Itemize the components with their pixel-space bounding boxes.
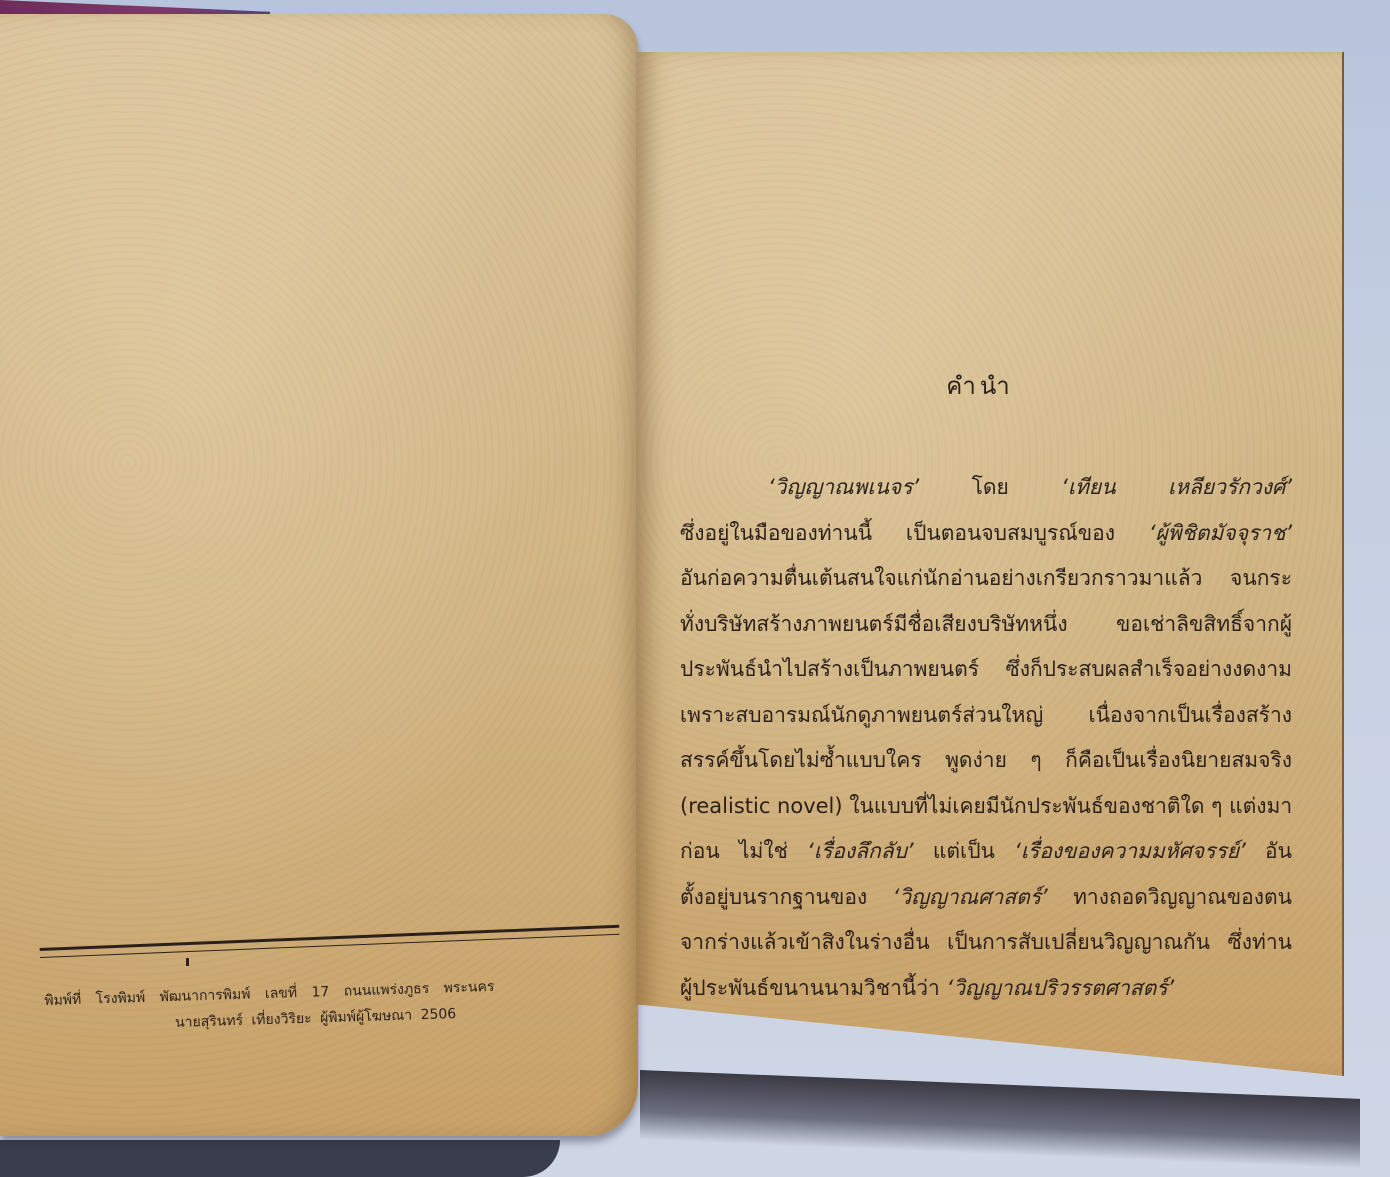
quoted-title: ‘วิญญาณศาสตร์’ xyxy=(893,885,1048,909)
left-page xyxy=(0,14,638,1136)
text-run: ผู้ประพันธ์ขนานนามวิชานี้ว่า xyxy=(680,976,947,1000)
text-line: ทั่งบริษัทสร้างภาพยนตร์มีชื่อเสียงบริษัท… xyxy=(680,602,1292,648)
quoted-title: ‘เรื่องลึกลับ’ xyxy=(807,839,913,863)
page-shadow xyxy=(640,1070,1360,1169)
text-line: (realistic novel) ในแบบที่ไม่เคยมีนักประ… xyxy=(680,784,1292,830)
text-run: ทั่งบริษัทสร้างภาพยนตร์มีชื่อเสียงบริษัท… xyxy=(680,612,1292,636)
foreword-body: ‘วิญญาณพเนจร’ โดย ‘เทียน เหลียวรักวงศ์’ซ… xyxy=(680,465,1292,1011)
quoted-title: ‘วิญญาณพเนจร’ xyxy=(768,475,919,499)
text-line: อันก่อความตื่นเต้นสนใจแก่นักอ่านอย่างเกร… xyxy=(680,556,1292,602)
text-line: ตั้งอยู่บนรากฐานของ ‘วิญญาณศาสตร์’ ทางถอ… xyxy=(680,875,1292,921)
quoted-title: ‘ผู้พิชิตมัจจุราช’ xyxy=(1149,521,1292,545)
text-run: โดย xyxy=(919,475,1061,499)
text-run: ตั้งอยู่บนรากฐานของ xyxy=(680,885,893,909)
text-line: ประพันธ์นำไปสร้างเป็นภาพยนตร์ ซึ่งก็ประส… xyxy=(680,647,1292,693)
text-run: ประพันธ์นำไปสร้างเป็นภาพยนตร์ ซึ่งก็ประส… xyxy=(680,657,1292,681)
text-run: ทางถอดวิญญาณของตน xyxy=(1048,885,1292,909)
text-line: ซึ่งอยู่ในมือของท่านนี้ เป็นตอนจบสมบูรณ์… xyxy=(680,511,1292,557)
text-run: ก่อน ไม่ใช่ xyxy=(680,839,807,863)
book-cover-edge-bottom xyxy=(0,1140,560,1177)
text-line: จากร่างแล้วเข้าสิงในร่างอื่น เป็นการสับเ… xyxy=(680,920,1292,966)
text-run: สรรค์ขึ้นโดยไม่ซ้ำแบบใคร พูดง่าย ๆ ก็คือ… xyxy=(680,748,1292,772)
quoted-title: ‘เทียน เหลียวรักวงศ์’ xyxy=(1061,475,1292,499)
text-run: ซึ่งอยู่ในมือของท่านนี้ เป็นตอนจบสมบูรณ์… xyxy=(680,521,1149,545)
text-line: เพราะสบอารมณ์นักดูภาพยนตร์ส่วนใหญ่ เนื่อ… xyxy=(680,693,1292,739)
text-line: ก่อน ไม่ใช่ ‘เรื่องลึกลับ’ แต่เป็น ‘เรื่… xyxy=(680,829,1292,875)
text-run: เพราะสบอารมณ์นักดูภาพยนตร์ส่วนใหญ่ เนื่อ… xyxy=(680,703,1292,727)
page-title: คำนำ xyxy=(940,366,1020,405)
text-run: จากร่างแล้วเข้าสิงในร่างอื่น เป็นการสับเ… xyxy=(680,930,1292,954)
text-line: ผู้ประพันธ์ขนานนามวิชานี้ว่า ‘วิญญาณปริว… xyxy=(680,966,1292,1012)
quoted-title: ‘เรื่องของความมหัศจรรย์’ xyxy=(1014,839,1246,863)
text-line: ‘วิญญาณพเนจร’ โดย ‘เทียน เหลียวรักวงศ์’ xyxy=(680,465,1292,511)
text-run: แต่เป็น xyxy=(914,839,1015,863)
quoted-title: ‘วิญญาณปริวรรตศาสตร์’ xyxy=(947,976,1175,1000)
text-line: สรรค์ขึ้นโดยไม่ซ้ำแบบใคร พูดง่าย ๆ ก็คือ… xyxy=(680,738,1292,784)
text-run: อัน xyxy=(1246,839,1292,863)
text-run: อันก่อความตื่นเต้นสนใจแก่นักอ่านอย่างเกร… xyxy=(680,566,1292,590)
text-run: (realistic novel) ในแบบที่ไม่เคยมีนักประ… xyxy=(680,794,1292,818)
ink-mark xyxy=(186,958,189,966)
